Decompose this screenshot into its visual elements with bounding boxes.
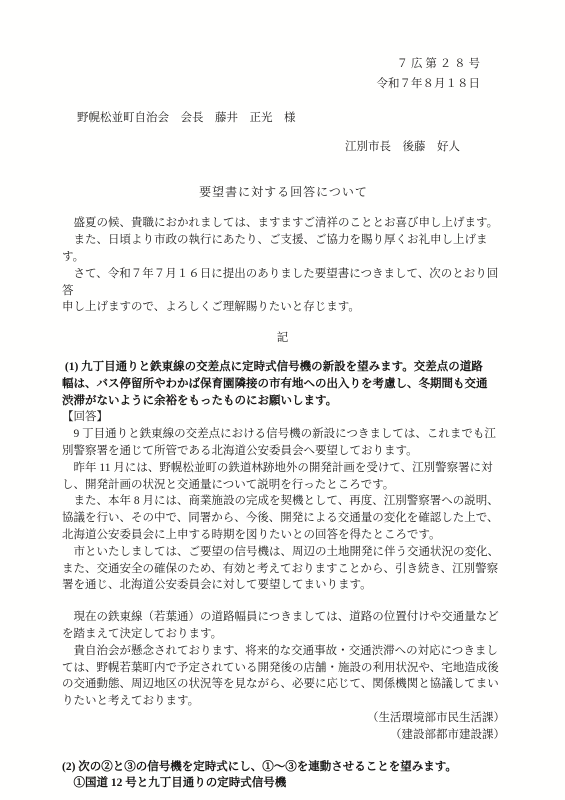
text-line: ①国道 12 号と九丁目通りの定時式信号機 [62, 775, 505, 792]
text-line: 署を通じ、北海道公安委員会に対して要望してまいります。 [62, 577, 505, 594]
official-reply-letter-page: ７ 広 第 ２ ８ 号 令和７年８月１８日 野幌松並町自治会 会長 藤井 正光 … [0, 0, 565, 800]
text-line: 申し上げますので、よろしくご理解賜りたいと存じます。 [62, 299, 505, 316]
text-line: (1) 九丁目通りと鉄東線の交差点に定時式信号機の新設を望みます。交差点の道路 [62, 359, 505, 376]
text-line: 別警察署を通じて所管である北海道公安委員会へ要望しております。 [62, 443, 505, 460]
text-line: 市といたしましては、ご要望の信号機は、周辺の土地開発に伴う交通状況の変化、 [62, 544, 505, 561]
text-line: 盛夏の候、貴職におかれましては、ますますご清祥のこととお喜び申し上げます。 [62, 215, 505, 232]
answer-label: 【回答】 [62, 409, 505, 426]
text-line: し、開発計画の状況と交通量について説明を行ったところです。 [62, 477, 505, 494]
text-line: ては、野幌若葉町内で予定されている開発後の店舗・施設の利用状況や、宅地造成後 [62, 660, 505, 677]
text-line: 現在の鉄東線（若葉通）の道路幅員につきましては、道路の位置付けや交通量など [62, 609, 505, 626]
document-header: ７ 広 第 ２ ８ 号 令和７年８月１８日 [62, 0, 505, 94]
text-line: を踏まえて決定しております。 [62, 626, 505, 643]
addressee-line: 野幌松並町自治会 会長 藤井 正光 様 [77, 110, 505, 127]
text-line: また、本年 8 月には、商業施設の完成を契機として、再度、江別警察署への説明、 [62, 493, 505, 510]
department-credits: （生活環境部市民生活課）（建設部都市建設課） [62, 710, 505, 744]
text-line: 9 丁目通りと鉄東線の交差点における信号機の新設につきましては、これまでも江 [62, 426, 505, 443]
document-title: 要望書に対する回答について [62, 184, 505, 201]
ki-marker: 記 [62, 330, 505, 347]
text-line: 貴自治会が懸念されております、将来的な交通事故・交通渋滞への対応につきまし [62, 643, 505, 660]
text-line: 渋滞がないように余裕をもったものにお願いします。 [62, 393, 505, 410]
text-line: （生活環境部市民生活課） [62, 710, 505, 727]
sender-line: 江別市長 後藤 好人 [345, 139, 505, 156]
text-line: 協議を行い、その中で、同署から、今後、開発による交通量の変化を確認した上で、 [62, 510, 505, 527]
doc-number: ７ 広 第 ２ ８ 号 [62, 54, 480, 74]
greeting-paragraphs: 盛夏の候、貴職におかれましては、ますますご清祥のこととお喜び申し上げます。 また… [62, 215, 505, 316]
text-line: （建設部都市建設課） [62, 727, 505, 744]
text-line: また、交通安全の確保のため、有効と考えておりますことから、引き続き、江別警察 [62, 561, 505, 578]
text-line: (2) 次の②と③の信号機を定時式にし、①～③を連動させることを望みます。 [62, 759, 505, 776]
text-line: の交通動態、周辺地区の状況等を見ながら、必要に応じて、関係機関と協議してまい [62, 676, 505, 693]
text-line: りたいと考えております。 [62, 693, 505, 710]
text-line: 幅は、バス停留所やわかば保育園隣接の市有地への出入りを考慮し、冬期間も交通 [62, 376, 505, 393]
item2-request: (2) 次の②と③の信号機を定時式にし、①～③を連動させることを望みます。 ①国… [62, 759, 505, 793]
item1-supplement: 現在の鉄東線（若葉通）の道路幅員につきましては、道路の位置付けや交通量などを踏ま… [62, 609, 505, 710]
text-line: また、日頃より市政の執行にあたり、ご支援、ご協力を賜り厚くお礼申し上げます。 [62, 232, 505, 266]
item1-answer: 9 丁目通りと鉄東線の交差点における信号機の新設につきましては、これまでも江別警… [62, 426, 505, 594]
text-line: さて、令和７年７月１６日に提出のありました要望書につきまして、次のとおり回答 [62, 266, 505, 300]
issue-date: 令和７年８月１８日 [62, 74, 480, 94]
text-line: 昨年 11 月には、野幌松並町の鉄道林跡地外の開発計画を受けて、江別警察署に対 [62, 460, 505, 477]
text-line: 北海道公安委員会に上申する時期を図りたいとの回答を得たところです。 [62, 527, 505, 544]
item1-request: (1) 九丁目通りと鉄東線の交差点に定時式信号機の新設を望みます。交差点の道路幅… [62, 359, 505, 409]
